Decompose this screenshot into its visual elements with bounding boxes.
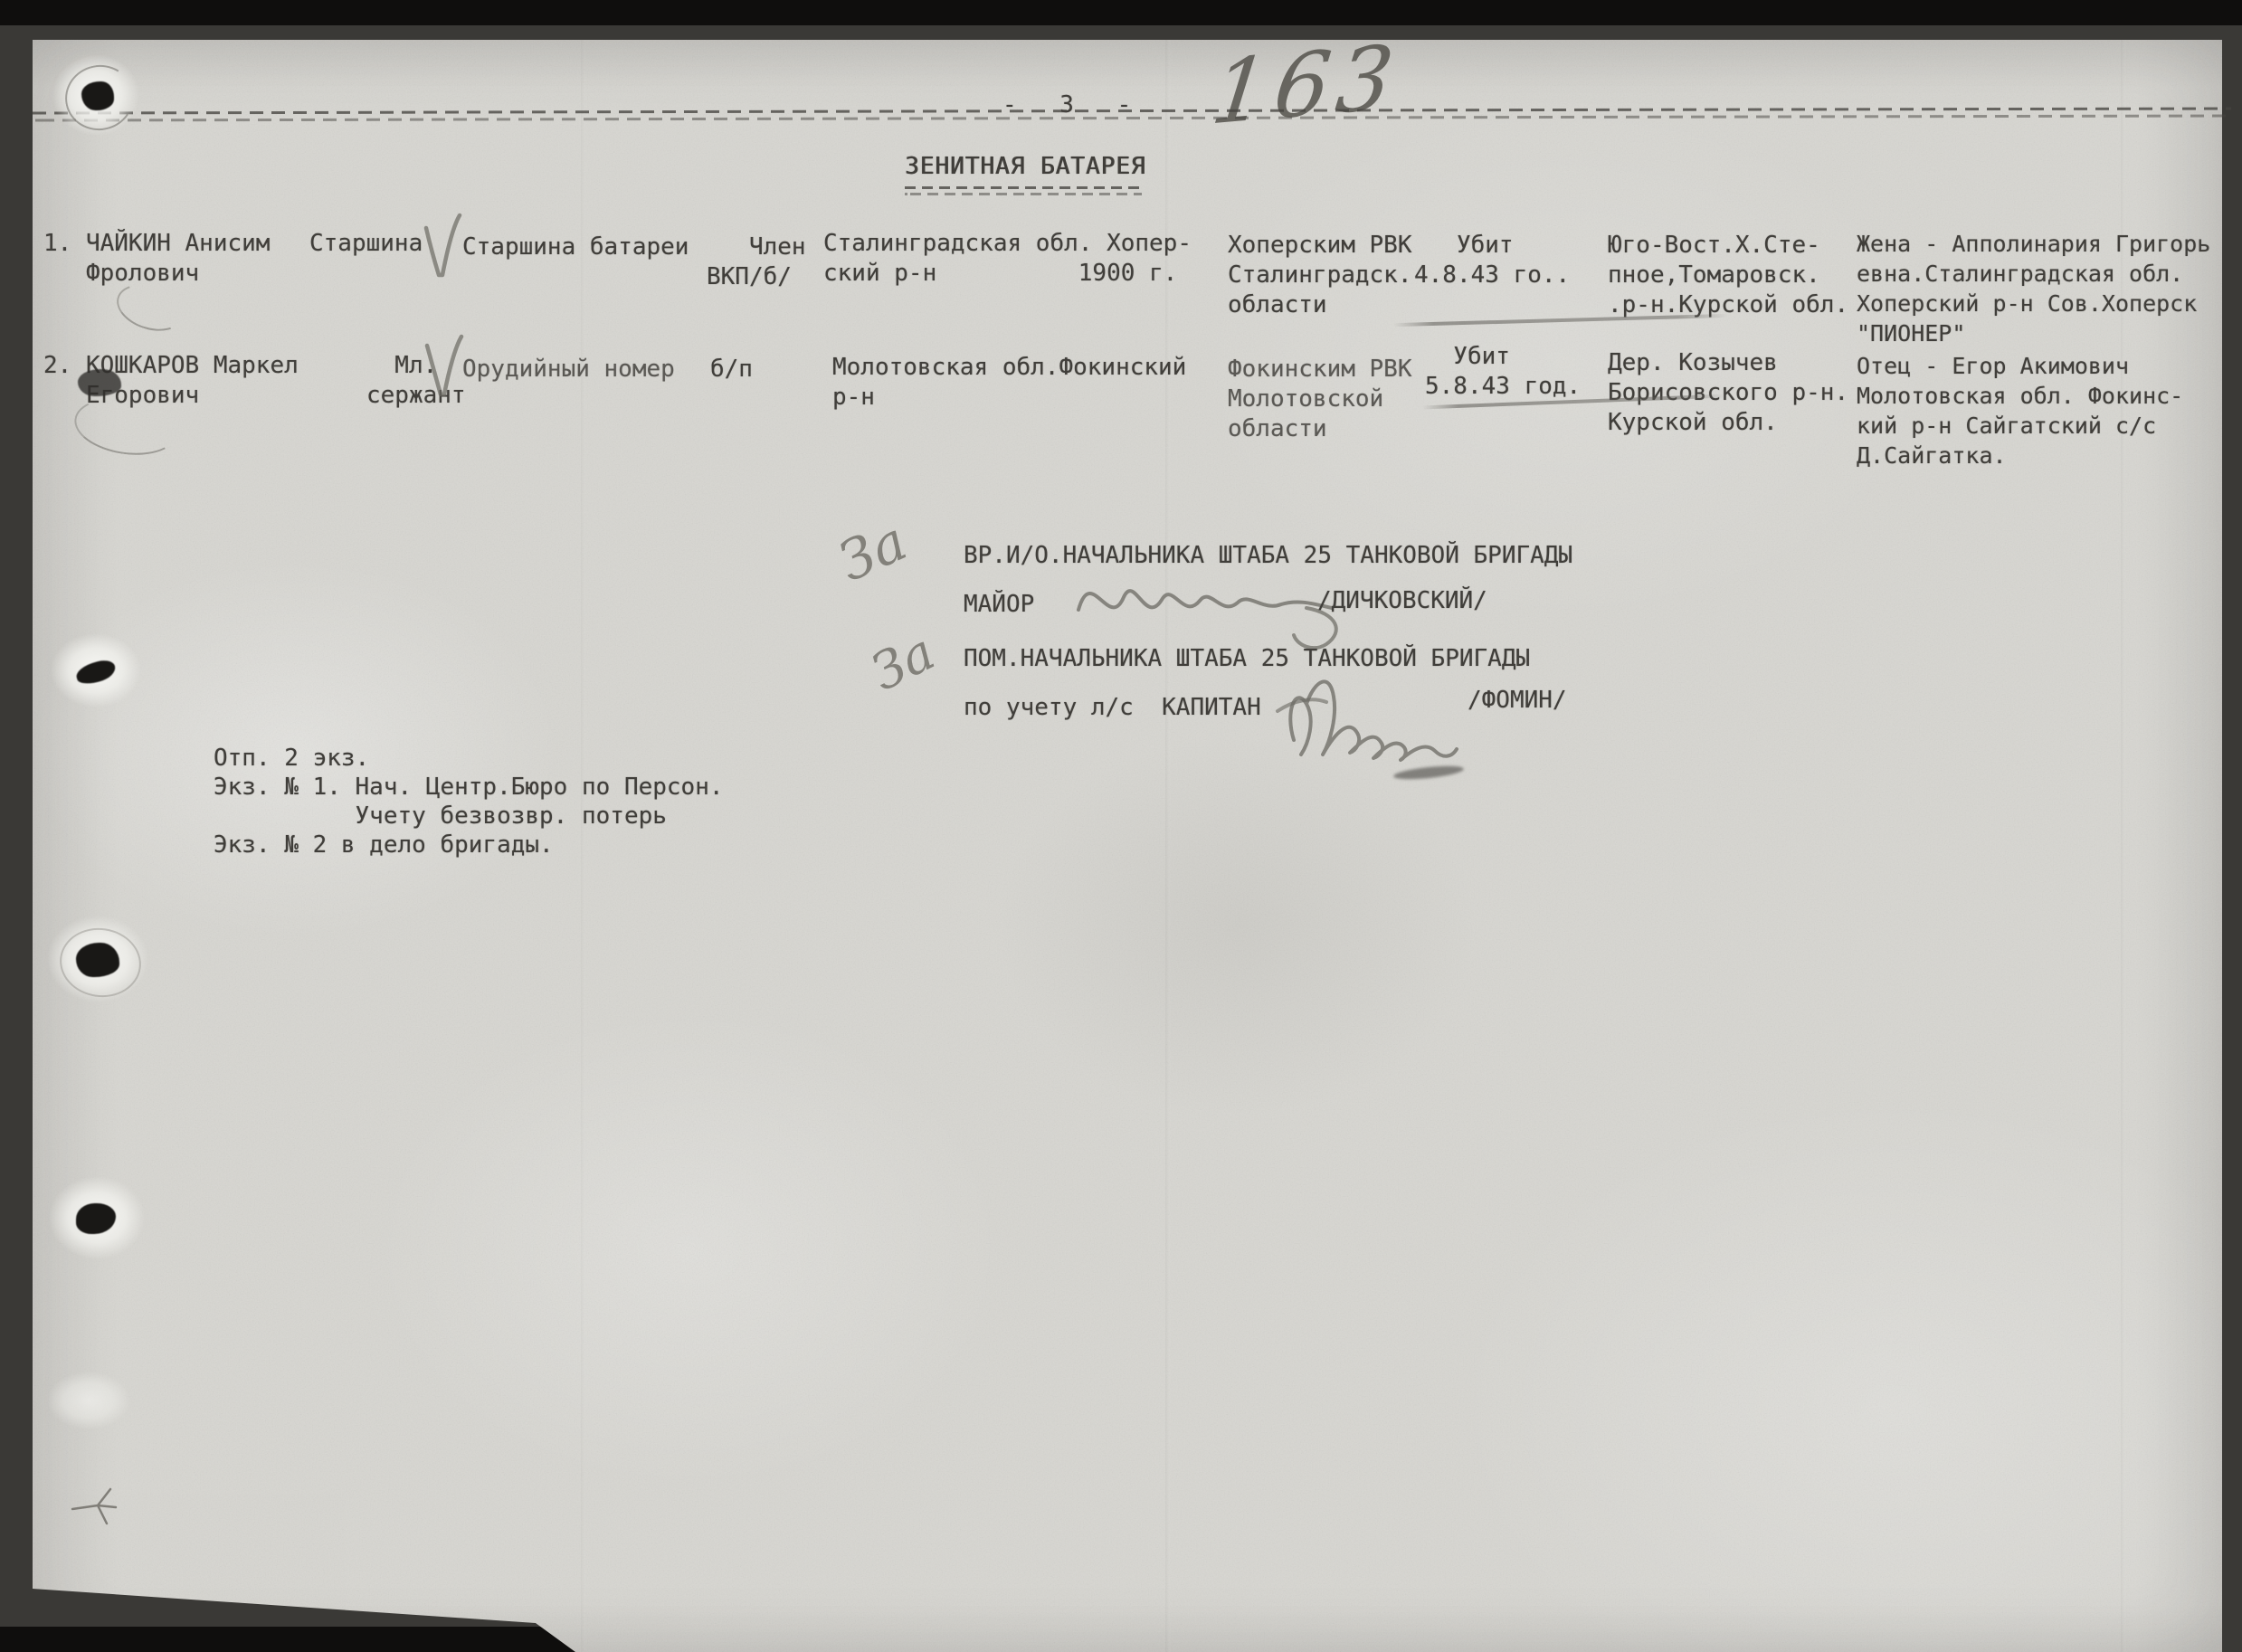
row2-origin-cell: Молотовская обл.Фокинский р-н [832,353,1186,413]
pencil-checkmark-row1 [423,214,463,284]
scanned-document: - 3 - 163 ЗЕНИТНАЯ БАТАРЕЯ 1. ЧАЙКИН Ани… [0,0,2242,1652]
row1-relatives-cell: Жена - Апполинария Григорь евна.Сталингр… [1857,229,2210,348]
pencil-blob-row2 [78,369,121,396]
signature1-name: /ДИЧКОВСКИЙ/ [1317,586,1487,616]
row2-relatives-cell: Отец - Егор Акимович Молотовская обл. Фо… [1857,351,2183,470]
row1-name-cell: 1. ЧАЙКИН Анисим Фролович [43,229,270,289]
paper-tear-mark [71,1486,118,1527]
pencil-checkmark-row2 [423,335,465,404]
title-underline [905,186,1142,189]
copies-note: Отп. 2 экз. Экз. № 1. Нач. Центр.Бюро по… [214,744,724,859]
handwritten-page-number: 163 [1206,25,1405,145]
scanner-edge-top [0,0,2242,25]
row1-origin-cell: Сталинградская обл. Хопер- ский р-н 1900… [823,229,1192,289]
row2-rvk-cell: Фокинским РВК Молотовской области [1228,355,1412,444]
row2-party-cell: б/п [710,355,753,385]
paper-scuff [47,1372,130,1429]
row1-rvk-cell: Хоперским РВК Сталинградск. области [1228,231,1412,320]
row2-position-cell: Орудийный номер [462,355,675,385]
row2-burial-cell: Дер. Козычев Борисовского р-н. Курской о… [1608,348,1848,438]
row1-rank-cell: Старшина [309,229,423,259]
row1-party-cell: Член ВКП/б/ [707,233,806,292]
title-underline [905,193,1142,195]
row1-burial-cell: Юго-Вост.Х.Сте- пное,Томаровск. .р-н.Кур… [1608,231,1848,320]
row1-fate-cell: Убит 4.8.43 го.. [1414,231,1570,290]
signature2-name: /ФОМИН/ [1468,686,1567,716]
signature1-rank: МАЙОР [964,590,1034,620]
signature2-rank: по учету л/с КАПИТАН [964,693,1261,723]
document-title: ЗЕНИТНАЯ БАТАРЕЯ [905,152,1145,182]
row2-fate-cell: Убит 5.8.43 год. [1425,342,1581,402]
signature-fomin [1274,659,1500,767]
scanner-edge-bottom-left [0,1627,597,1652]
signature-dichkovsky [1069,550,1341,659]
row1-position-cell: Старшина батареи [462,233,689,262]
